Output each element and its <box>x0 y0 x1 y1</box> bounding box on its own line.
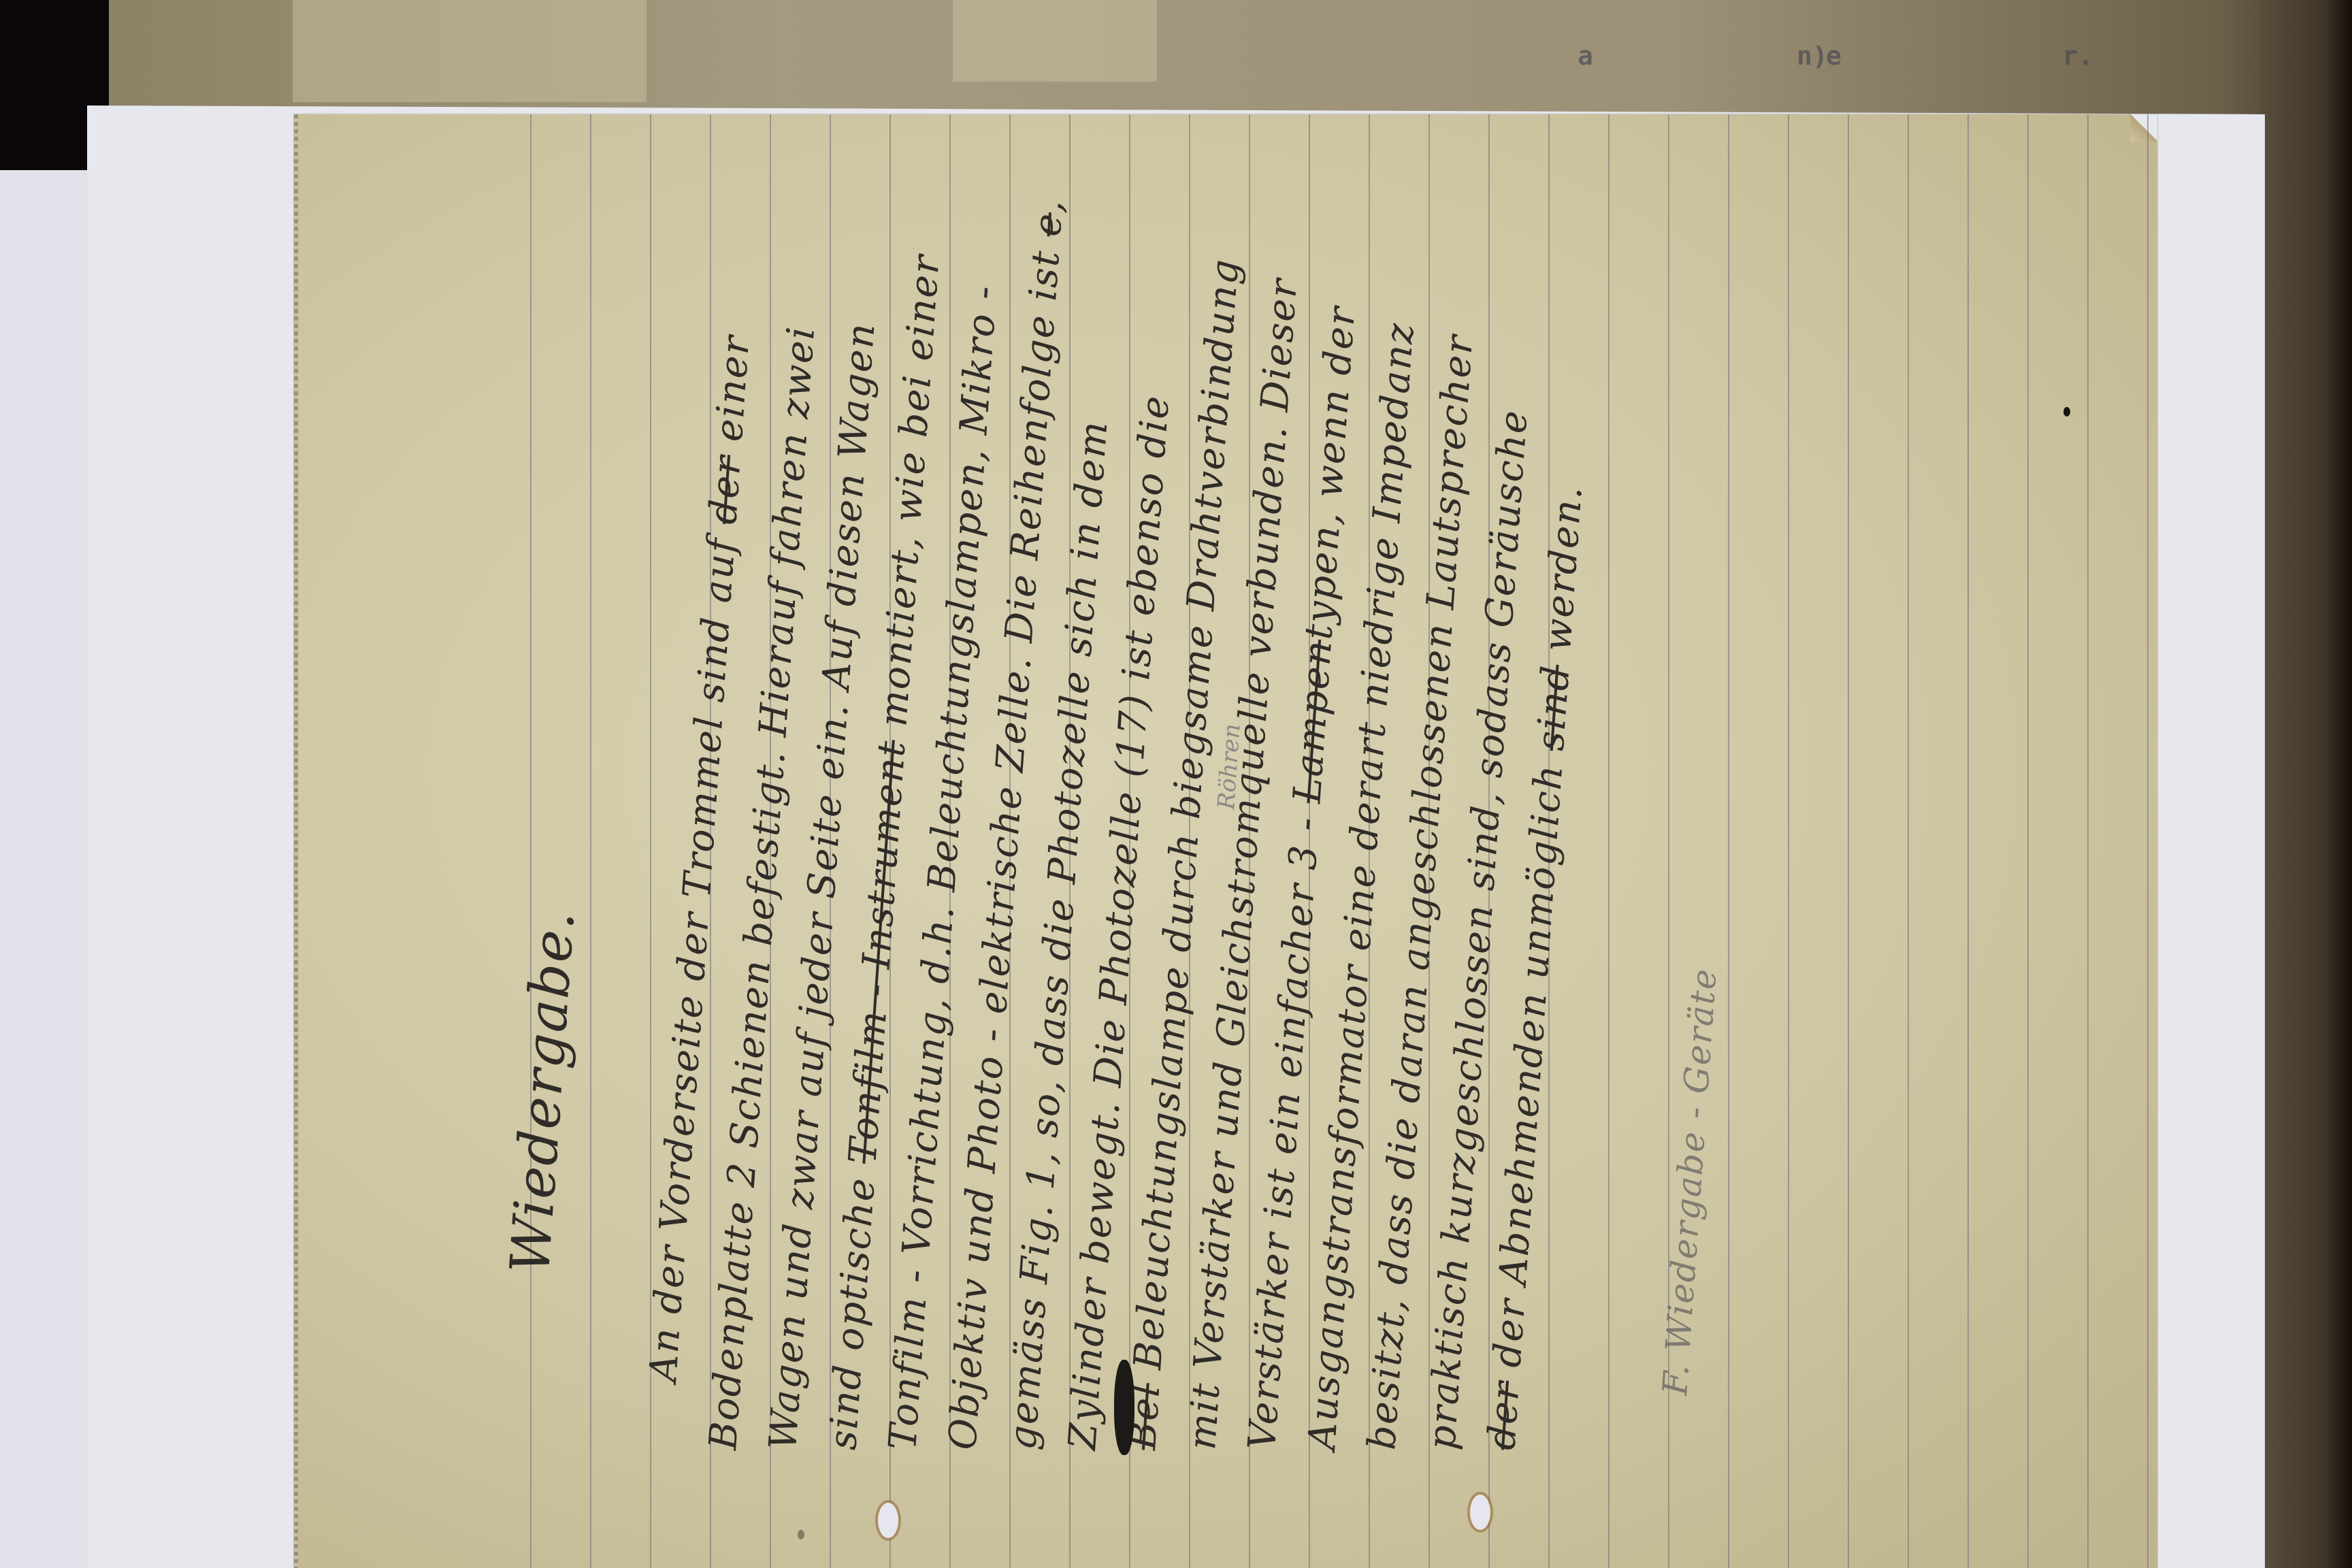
tissue-paper <box>293 0 647 102</box>
manuscript-page: Wiedergabe. An der Vorderseite der Tromm… <box>294 114 2157 1568</box>
typed-mark: r. <box>2062 41 2093 71</box>
pencil-note: F. Wiedergabe - Geräte <box>1655 966 1725 1396</box>
white-backing-sheet <box>0 170 95 1568</box>
typed-mark: a <box>1578 41 1593 71</box>
folder-edge <box>2259 0 2352 1568</box>
typed-mark: e <box>1826 41 1842 71</box>
handwriting: Wiedergabe. An der Vorderseite der Tromm… <box>294 114 2157 1568</box>
page-title: Wiedergabe. <box>498 908 587 1276</box>
typed-mark: n) <box>1797 41 1828 71</box>
tissue-paper <box>953 0 1157 82</box>
ink-scribble <box>1114 1360 1134 1455</box>
